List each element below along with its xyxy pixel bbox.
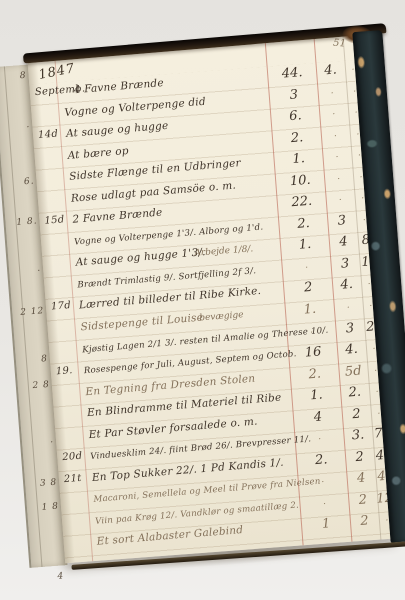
margin-fragment: 6.	[2, 176, 35, 188]
amount-rigsdaler: 3	[270, 86, 317, 104]
amount-mark: 4	[329, 234, 357, 251]
amount-rigsdaler: 2.	[291, 365, 338, 383]
amount-rigsdaler: 6.	[272, 107, 319, 125]
amount-mark: ·	[325, 173, 353, 185]
amount-mark: 5d	[339, 363, 367, 380]
row-date: 21t	[64, 473, 82, 485]
row-note: bevægige	[199, 310, 244, 323]
margin-fragment: ·	[22, 438, 55, 450]
amount-rigsdaler: 10.	[277, 172, 324, 190]
amount-mark: 3	[336, 320, 364, 337]
amount-rigsdaler: 2.	[274, 129, 321, 147]
amount-mark: 4	[347, 470, 375, 487]
amount-rigsdaler: 16	[290, 343, 337, 361]
amount-mark: 4.	[338, 341, 366, 358]
amount-mark: ·	[318, 87, 346, 99]
row-date: 15d	[44, 215, 65, 227]
amount-mark: 4.	[333, 277, 361, 294]
amount-rigsdaler: 1.	[293, 386, 340, 404]
row-description: At bære op	[67, 145, 129, 162]
margin-fragment: ·	[9, 266, 42, 278]
amount-mark: 2	[346, 449, 374, 466]
amount-rigsdaler: 4	[295, 408, 342, 426]
row-description: 4 Favne Brænde	[73, 77, 164, 96]
amount-rigsdaler: ·	[301, 498, 348, 511]
amount-rigsdaler: 2.	[280, 215, 327, 233]
row-date: 17d	[51, 301, 72, 313]
amount-mark: 2	[350, 513, 378, 530]
amount-rigsdaler: 1	[303, 515, 350, 533]
amount-mark: ·	[327, 195, 355, 207]
amount-rigsdaler: 22.	[278, 193, 325, 211]
margin-fragment: 2 12	[12, 306, 45, 318]
amount-mark: ·	[322, 130, 350, 142]
ledger-book: 8·6.1 8.·2 1282 8·3 81 84 1847 51 Septem…	[0, 30, 405, 572]
row-description: At sauge og hugge	[66, 120, 169, 140]
amount-rigsdaler: 44.	[269, 64, 316, 82]
amount-mark: 4.	[317, 62, 345, 79]
amount-rigsdaler: 1.	[275, 150, 322, 168]
amount-mark: 2.	[341, 384, 369, 401]
ledger-rows: Septemb.4 Favne Brænde44.4.·Vogne og Vol…	[29, 60, 394, 557]
amount-rigsdaler: 2	[285, 279, 332, 297]
amount-rigsdaler: ·	[300, 476, 347, 489]
amount-mark: 3	[331, 255, 359, 272]
amount-mark: ·	[335, 302, 363, 314]
amount-rigsdaler: 1.	[286, 300, 333, 318]
amount-mark: 2	[349, 492, 377, 509]
amount-mark: 2	[342, 406, 370, 423]
amount-rigsdaler: ·	[284, 261, 331, 274]
amount-rigsdaler: ·	[296, 433, 343, 446]
amount-rigsdaler: 1.	[282, 236, 329, 254]
margin-fragment: 8	[16, 354, 49, 366]
margin-fragment: 1 8	[27, 502, 60, 514]
amount-mark: 3.	[344, 427, 372, 444]
amount-rigsdaler: 2.	[298, 451, 345, 469]
row-date: 20d	[62, 451, 83, 463]
amount-mark: ·	[323, 152, 351, 164]
amount-rigsdaler: ·	[288, 326, 335, 339]
margin-fragment: ·	[0, 123, 31, 135]
amount-mark: 3	[328, 212, 356, 229]
margin-fragment: 4	[32, 571, 65, 583]
margin-fragment: 8	[0, 71, 27, 83]
row-description: 2 Favne Brænde	[72, 207, 163, 226]
row-date: 14d	[38, 129, 59, 141]
margin-fragment: 3 8	[25, 478, 58, 490]
row-date: 19.	[55, 365, 73, 377]
amount-mark: ·	[320, 109, 348, 121]
ledger-page: 1847 51 Septemb.4 Favne Brænde44.4.·Vogn…	[27, 34, 394, 563]
margin-fragment: 1 8.	[5, 216, 38, 228]
margin-fragment: 2 8	[18, 380, 51, 392]
